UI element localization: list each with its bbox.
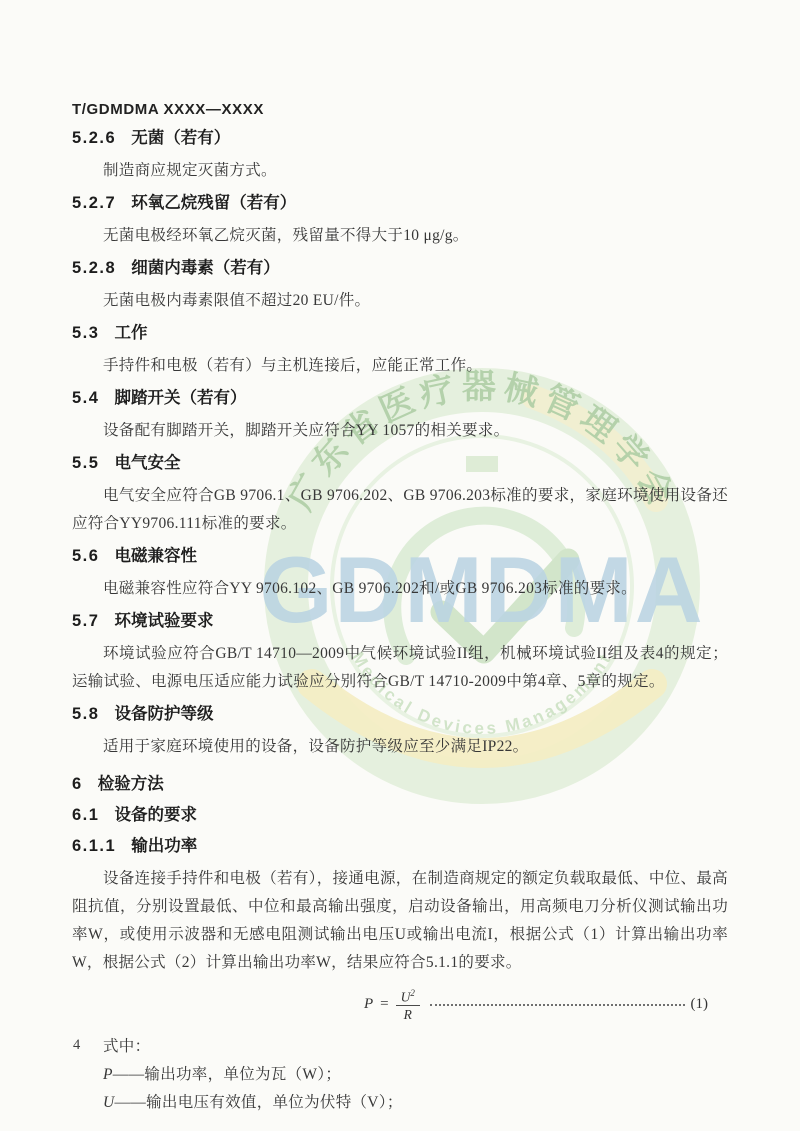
formula-fraction: U2 R xyxy=(396,985,420,1024)
paragraph: 手持件和电极（若有）与主机连接后，应能正常工作。 xyxy=(72,352,728,380)
section-title: 设备防护等级 xyxy=(114,702,213,726)
section-number: 5.8 xyxy=(72,702,99,726)
formula-number: (1) xyxy=(691,996,709,1013)
section-title: 电气安全 xyxy=(114,451,180,475)
section-heading-5-5: 5.5 电气安全 xyxy=(72,451,728,475)
section-number: 5.2.8 xyxy=(72,256,116,280)
section-number: 5.2.6 xyxy=(72,126,116,150)
formula-denominator: R xyxy=(396,1006,420,1023)
section-title: 检验方法 xyxy=(98,772,164,796)
paragraph: 无菌电极经环氧乙烷灭菌，残留量不得大于10 μg/g。 xyxy=(72,222,728,250)
section-number: 5.4 xyxy=(72,386,99,410)
definition-dash: —— xyxy=(113,1066,145,1083)
section-heading-6-1-1: 6.1.1 输出功率 xyxy=(72,834,728,858)
formula-equals: = xyxy=(380,996,388,1013)
section-number: 5.7 xyxy=(72,609,99,633)
section-heading-6-1: 6.1 设备的要求 xyxy=(72,803,728,827)
section-title: 电磁兼容性 xyxy=(114,544,197,568)
document-page: { "page": { "header": "T/GDMDMA XXXX—XXX… xyxy=(0,0,800,1131)
section-title: 设备的要求 xyxy=(114,803,197,827)
section-number: 5.5 xyxy=(72,451,99,475)
section-number: 6 xyxy=(72,772,83,796)
definition-dash: —— xyxy=(115,1094,147,1111)
section-title: 细菌内毒素（若有） xyxy=(131,256,280,280)
formula-numerator: U2 xyxy=(396,985,420,1007)
formula-dot-leader xyxy=(430,1004,685,1006)
section-heading-5-4: 5.4 脚踏开关（若有） xyxy=(72,386,728,410)
section-heading-5-2-6: 5.2.6 无菌（若有） xyxy=(72,126,728,150)
doc-header: T/GDMDMA XXXX—XXXX xyxy=(72,100,728,120)
section-title: 输出功率 xyxy=(131,834,197,858)
section-title: 工作 xyxy=(114,321,147,345)
paragraph: 环境试验应符合GB/T 14710—2009中气候环境试验II组，机械环境试验I… xyxy=(72,640,728,696)
paragraph: 设备配有脚踏开关，脚踏开关应符合YY 1057的相关要求。 xyxy=(72,417,728,445)
section-title: 无菌（若有） xyxy=(131,126,230,150)
paragraph: 电磁兼容性应符合YY 9706.102、GB 9706.202和/或GB 970… xyxy=(72,575,728,603)
definition-desc: 输出功率，单位为瓦（W）； xyxy=(144,1066,341,1083)
section-number: 6.1 xyxy=(72,803,99,827)
section-title: 环境试验要求 xyxy=(114,609,213,633)
where-clause-intro: 式中： xyxy=(72,1033,728,1061)
formula-numerator-base: U xyxy=(401,989,411,1004)
section-heading-5-6: 5.6 电磁兼容性 xyxy=(72,544,728,568)
section-title: 环氧乙烷残留（若有） xyxy=(131,191,296,215)
paragraph: 制造商应规定灭菌方式。 xyxy=(72,157,728,185)
formula-lhs: P xyxy=(364,996,373,1013)
chapter-heading-6: 6 检验方法 xyxy=(72,772,728,796)
section-number: 5.3 xyxy=(72,321,99,345)
section-number: 5.6 xyxy=(72,544,99,568)
section-heading-5-3: 5.3 工作 xyxy=(72,321,728,345)
paragraph: 电气安全应符合GB 9706.1、GB 9706.202、GB 9706.203… xyxy=(72,482,728,538)
definition-line-u: U——输出电压有效值，单位为伏特（V）； xyxy=(72,1089,728,1117)
section-number: 6.1.1 xyxy=(72,834,116,858)
definition-term: U xyxy=(103,1094,115,1111)
formula-1: P = U2 R (1) xyxy=(72,979,728,1029)
section-number: 5.2.7 xyxy=(72,191,116,215)
section-heading-5-7: 5.7 环境试验要求 xyxy=(72,609,728,633)
page-number: 4 xyxy=(73,1037,80,1054)
paragraph: 适用于家庭环境使用的设备，设备防护等级应至少满足IP22。 xyxy=(72,733,728,761)
section-heading-5-8: 5.8 设备防护等级 xyxy=(72,702,728,726)
formula-numerator-exponent: 2 xyxy=(410,988,415,998)
document-content: T/GDMDMA XXXX—XXXX 5.2.6 无菌（若有） 制造商应规定灭菌… xyxy=(72,0,728,1117)
section-heading-5-2-8: 5.2.8 细菌内毒素（若有） xyxy=(72,256,728,280)
section-heading-5-2-7: 5.2.7 环氧乙烷残留（若有） xyxy=(72,191,728,215)
section-title: 脚踏开关（若有） xyxy=(114,386,246,410)
definition-line-p: P——输出功率，单位为瓦（W）； xyxy=(72,1061,728,1089)
definition-term: P xyxy=(103,1066,113,1083)
paragraph: 无菌电极内毒素限值不超过20 EU/件。 xyxy=(72,287,728,315)
definition-desc: 输出电压有效值，单位为伏特（V）； xyxy=(146,1094,403,1111)
paragraph: 设备连接手持件和电极（若有），接通电源，在制造商规定的额定负载取最低、中位、最高… xyxy=(72,865,728,977)
